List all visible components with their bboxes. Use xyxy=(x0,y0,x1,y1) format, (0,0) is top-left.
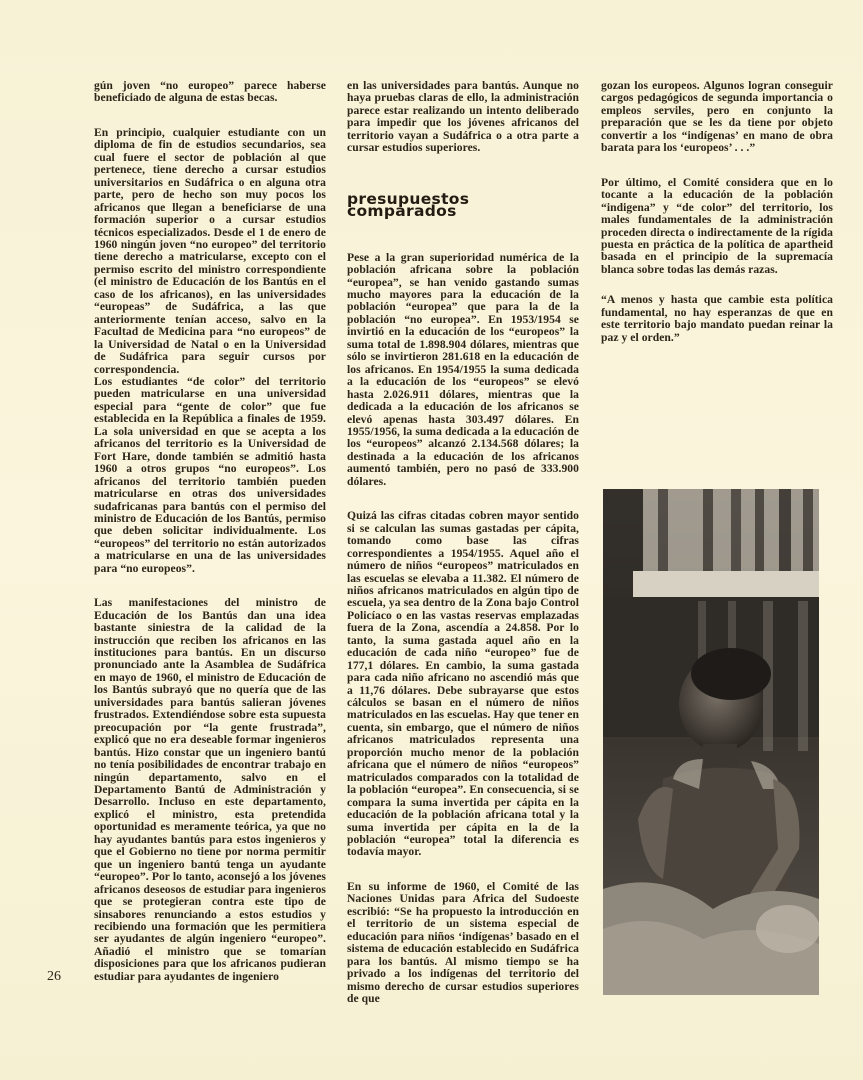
paragraph: Por último, el Comité considera que en l… xyxy=(601,177,833,277)
paragraph: Las manifestaciones del ministro de Educ… xyxy=(94,597,326,983)
paragraph: Los estudiantes “de color” del territori… xyxy=(94,376,326,575)
paragraph: Pese a la gran superioridad numérica de … xyxy=(347,252,579,489)
quote-paragraph: “A menos y hasta que cambie esta polític… xyxy=(601,294,833,344)
text-column-middle: en las universidades para bantús. Aunque… xyxy=(347,80,579,1005)
paragraph: En su informe de 1960, el Comité de las … xyxy=(347,881,579,1006)
text-column-right: gozan los europeos. Algunos logran conse… xyxy=(601,80,833,344)
photograph xyxy=(603,489,819,995)
paragraph: Quizá las cifras citadas cobren mayor se… xyxy=(347,510,579,859)
paragraph: en las universidades para bantús. Aunque… xyxy=(347,80,579,155)
magazine-page: gún joven “no europeo” parece haberse be… xyxy=(0,0,863,1080)
paragraph: gozan los europeos. Algunos logran conse… xyxy=(601,80,833,155)
page-number: 26 xyxy=(47,969,61,985)
paragraph: gún joven “no europeo” parece haberse be… xyxy=(94,80,326,105)
section-heading: presupuestos comparados xyxy=(347,193,579,218)
text-column-left: gún joven “no europeo” parece haberse be… xyxy=(94,80,326,983)
child-photo-illustration xyxy=(603,489,819,995)
paragraph: En principio, cualquier estudiante con u… xyxy=(94,127,326,376)
